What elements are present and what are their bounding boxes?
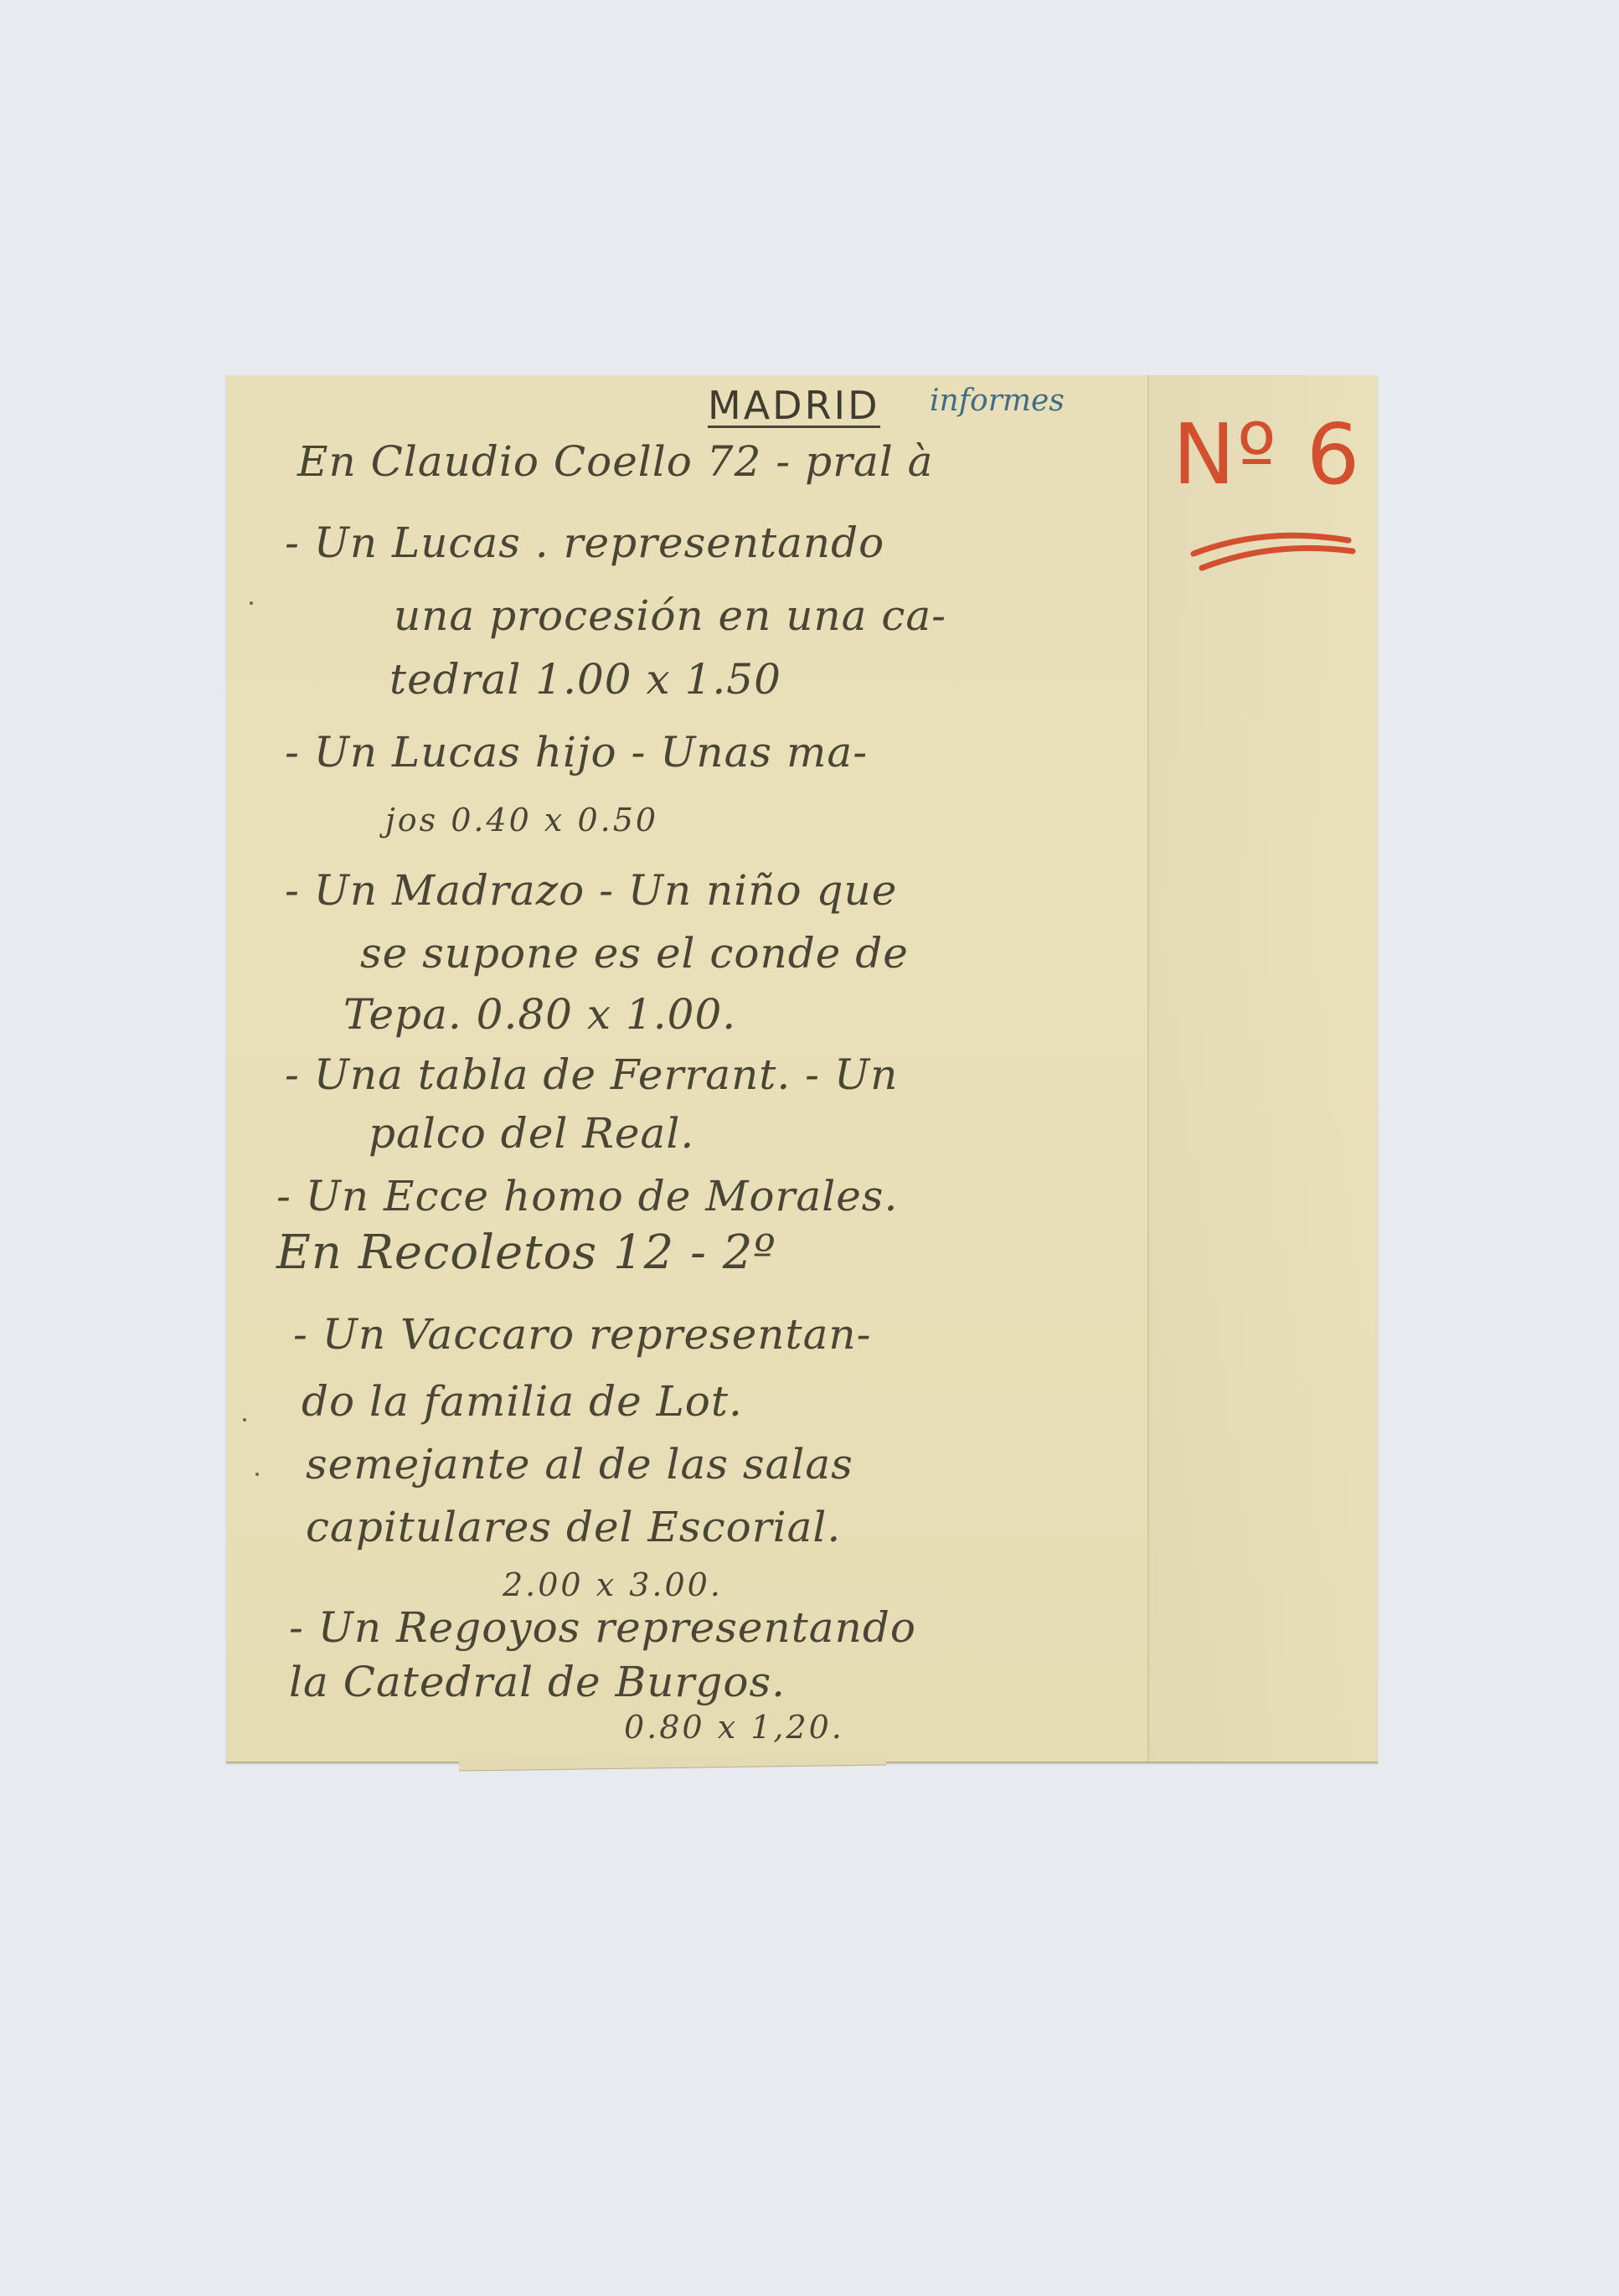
line-item: semejante al de las salas <box>306 1443 853 1485</box>
line-item: - Un Ecce homo de Morales. <box>276 1175 898 1217</box>
paper-fold-strip <box>1147 375 1379 1762</box>
line-item: - Un Regoyos representando <box>289 1607 916 1648</box>
line-item: la Catedral de Burgos. <box>289 1661 786 1703</box>
handwritten-sheet: MADRID informes Nº 6 En Claudio Coello 7… <box>226 375 1378 1763</box>
line-item: - Un Lucas hijo - Unas ma- <box>285 731 868 773</box>
line-item: - Una tabla de Ferrant. - Un <box>285 1054 898 1096</box>
line-item: - Un Vaccaro representan- <box>293 1313 872 1355</box>
line-item: se supone es el conde de <box>360 932 909 974</box>
margin-dot <box>250 601 253 605</box>
line-address-2: En Recoletos 12 - 2º <box>276 1230 776 1277</box>
red-number-label: Nº 6 <box>1173 413 1361 497</box>
line-item: - Un Lucas . representando <box>285 522 884 564</box>
line-item: 0.80 x 1,20. <box>624 1711 844 1743</box>
line-address-1: En Claudio Coello 72 - pral à <box>297 441 934 482</box>
line-item: capitulares del Escorial. <box>306 1506 841 1548</box>
margin-dot <box>243 1418 246 1421</box>
line-item: - Un Madrazo - Un niño que <box>285 869 897 911</box>
blue-annotation: informes <box>930 384 1065 418</box>
line-item: 2.00 x 3.00. <box>503 1569 723 1601</box>
line-item: jos 0.40 x 0.50 <box>385 804 658 836</box>
document-title: MADRID <box>708 385 880 428</box>
line-item: Tepa. 0.80 x 1.00. <box>343 993 736 1035</box>
margin-dot <box>255 1473 259 1476</box>
line-item: una procesión en una ca- <box>394 595 946 637</box>
line-item: do la familia de Lot. <box>302 1380 743 1422</box>
red-underline-icon <box>1189 522 1357 572</box>
line-item: tedral 1.00 x 1.50 <box>389 658 781 700</box>
line-item: palco del Real. <box>369 1112 694 1154</box>
